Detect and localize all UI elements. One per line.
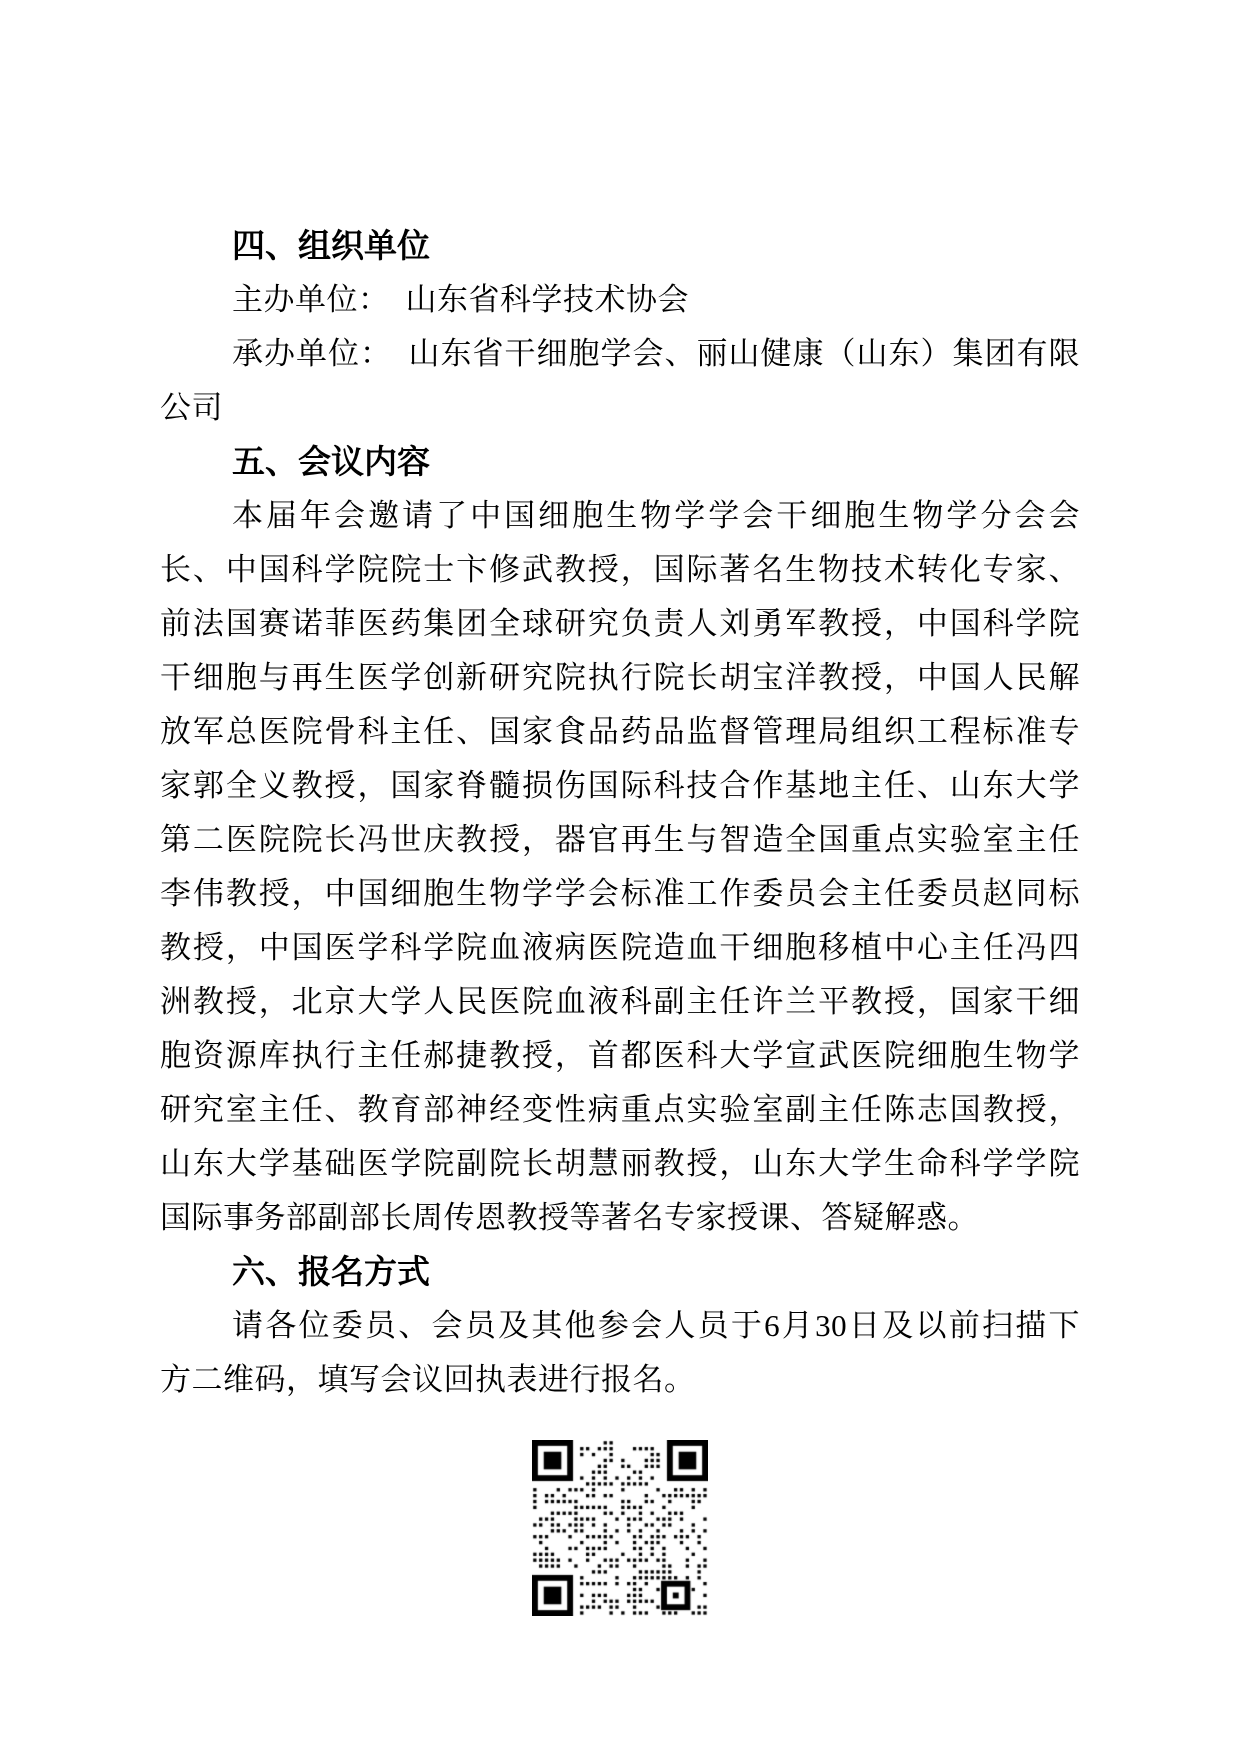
text-line: 国际事务部副部长周传恩教授等著名专家授课、答疑解惑。 [160, 1191, 1080, 1245]
paragraph: 请各位委员、会员及其他参会人员于6月30日及以前扫描下方二维码，填写会议回执表进… [160, 1299, 1080, 1407]
section-body-organizers: 主办单位： 山东省科学技术协会承办单位： 山东省干细胞学会、丽山健康（山东）集团… [160, 273, 1080, 435]
text-line: 请各位委员、会员及其他参会人员于6月30日及以前扫描下 [160, 1299, 1080, 1353]
text-line: 第二医院院长冯世庆教授，器官再生与智造全国重点实验室主任 [160, 813, 1080, 867]
text-line: 家郭全义教授，国家脊髓损伤国际科技合作基地主任、山东大学 [160, 759, 1080, 813]
paragraph: 主办单位： 山东省科学技术协会 [160, 273, 1080, 327]
paragraph: 本届年会邀请了中国细胞生物学学会干细胞生物学分会会长、中国科学院院士卞修武教授，… [160, 489, 1080, 1245]
text-line: 承办单位： 山东省干细胞学会、丽山健康（山东）集团有限 [160, 327, 1080, 381]
text-line: 洲教授，北京大学人民医院血液科副主任许兰平教授，国家干细 [160, 975, 1080, 1029]
section-meeting-content: 五、会议内容 本届年会邀请了中国细胞生物学学会干细胞生物学分会会长、中国科学院院… [160, 435, 1080, 1245]
section-heading-meeting-content: 五、会议内容 [160, 435, 1080, 489]
text-line: 李伟教授，中国细胞生物学学会标准工作委员会主任委员赵同标 [160, 867, 1080, 921]
qr-code-container [160, 1440, 1080, 1621]
text-line: 胞资源库执行主任郝捷教授，首都医科大学宣武医院细胞生物学 [160, 1029, 1080, 1083]
paragraph: 承办单位： 山东省干细胞学会、丽山健康（山东）集团有限公司 [160, 327, 1080, 435]
document-page: 四、组织单位 主办单位： 山东省科学技术协会承办单位： 山东省干细胞学会、丽山健… [0, 0, 1241, 1743]
section-registration: 六、报名方式 请各位委员、会员及其他参会人员于6月30日及以前扫描下方二维码，填… [160, 1245, 1080, 1407]
text-line: 公司 [160, 381, 1080, 435]
section-organizers: 四、组织单位 主办单位： 山东省科学技术协会承办单位： 山东省干细胞学会、丽山健… [160, 219, 1080, 435]
section-body-meeting-content: 本届年会邀请了中国细胞生物学学会干细胞生物学分会会长、中国科学院院士卞修武教授，… [160, 489, 1080, 1245]
text-line: 主办单位： 山东省科学技术协会 [160, 273, 1080, 327]
section-heading-registration: 六、报名方式 [160, 1245, 1080, 1299]
text-line: 放军总医院骨科主任、国家食品药品监督管理局组织工程标准专 [160, 705, 1080, 759]
text-line: 方二维码，填写会议回执表进行报名。 [160, 1353, 1080, 1407]
registration-qr-code [532, 1440, 708, 1616]
text-line: 教授，中国医学科学院血液病医院造血干细胞移植中心主任冯四 [160, 921, 1080, 975]
text-line: 研究室主任、教育部神经变性病重点实验室副主任陈志国教授， [160, 1083, 1080, 1137]
section-heading-organizers: 四、组织单位 [160, 219, 1080, 273]
section-body-registration: 请各位委员、会员及其他参会人员于6月30日及以前扫描下方二维码，填写会议回执表进… [160, 1299, 1080, 1407]
text-line: 干细胞与再生医学创新研究院执行院长胡宝洋教授，中国人民解 [160, 651, 1080, 705]
text-line: 前法国赛诺菲医药集团全球研究负责人刘勇军教授，中国科学院 [160, 597, 1080, 651]
text-line: 山东大学基础医学院副院长胡慧丽教授，山东大学生命科学学院 [160, 1137, 1080, 1191]
text-line: 本届年会邀请了中国细胞生物学学会干细胞生物学分会会 [160, 489, 1080, 543]
text-line: 长、中国科学院院士卞修武教授，国际著名生物技术转化专家、 [160, 543, 1080, 597]
